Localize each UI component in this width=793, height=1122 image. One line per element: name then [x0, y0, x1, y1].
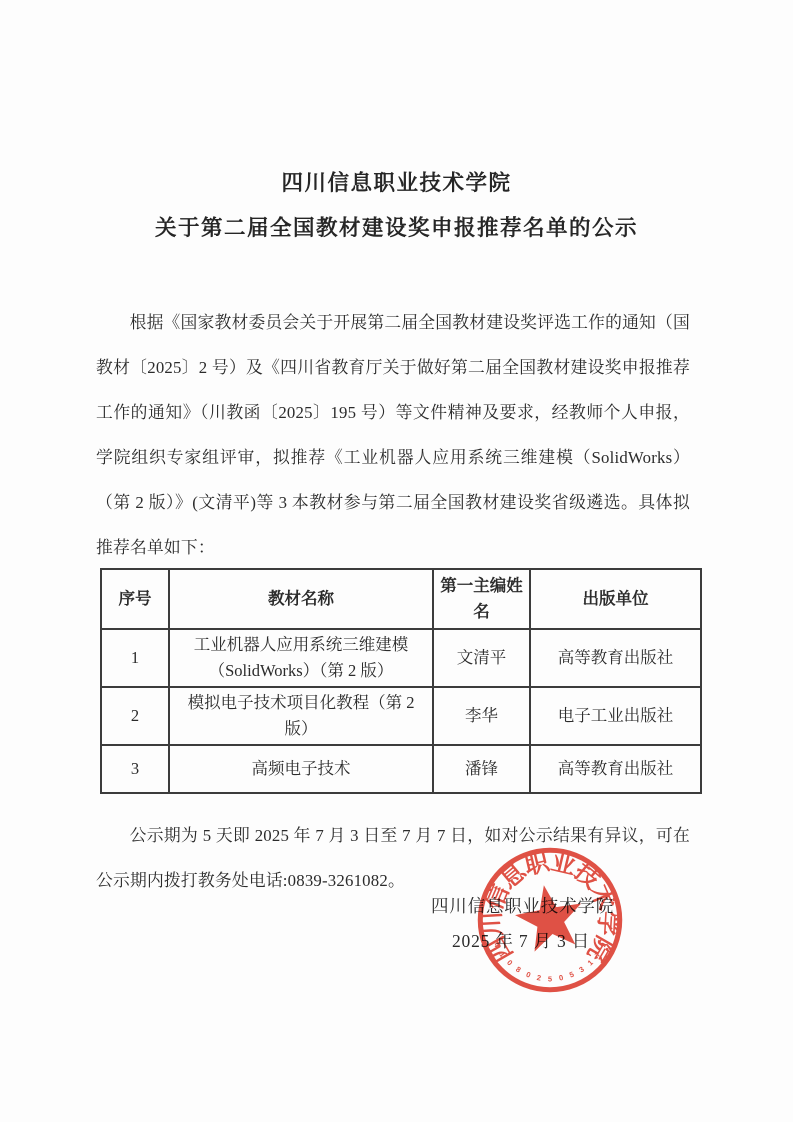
table-row: 1 工业机器人应用系统三维建模（SolidWorks）（第 2 版） 文清平 高…: [101, 629, 701, 687]
cell-editor: 文清平: [433, 629, 530, 687]
cell-serial: 1: [101, 629, 169, 687]
svg-text:0: 0: [505, 958, 514, 967]
body-paragraph: 根据《国家教材委员会关于开展第二届全国教材建设奖评选工作的通知（国教材〔2025…: [96, 300, 690, 570]
table-row: 3 高频电子技术 潘锋 高等教育出版社: [101, 745, 701, 793]
cell-serial: 2: [101, 687, 169, 745]
svg-text:0: 0: [525, 970, 532, 980]
closing-paragraph: 公示期为 5 天即 2025 年 7 月 3 日至 7 月 7 日，如对公示结果…: [96, 813, 690, 903]
svg-text:2: 2: [536, 973, 542, 983]
col-header-book-name: 教材名称: [169, 569, 433, 629]
table-header-row: 序号 教材名称 第一主编姓名 出版单位: [101, 569, 701, 629]
cell-publisher: 高等教育出版社: [530, 629, 701, 687]
svg-text:3: 3: [577, 965, 585, 975]
cell-book-name: 模拟电子技术项目化教程（第 2 版）: [169, 687, 433, 745]
document-title-subject: 关于第二届全国教材建设奖申报推荐名单的公示: [0, 211, 793, 242]
signature-org: 四川信息职业技术学院: [431, 893, 614, 918]
cell-serial: 3: [101, 745, 169, 793]
recommendation-table: 序号 教材名称 第一主编姓名 出版单位 1 工业机器人应用系统三维建模（Soli…: [100, 568, 702, 794]
cell-publisher: 高等教育出版社: [530, 745, 701, 793]
signature-date: 2025 年 7 月 3 日: [452, 928, 590, 953]
cell-book-name: 工业机器人应用系统三维建模（SolidWorks）（第 2 版）: [169, 629, 433, 687]
svg-text:1: 1: [586, 958, 595, 967]
col-header-serial: 序号: [101, 569, 169, 629]
cell-book-name: 高频电子技术: [169, 745, 433, 793]
svg-text:0: 0: [558, 973, 564, 983]
cell-publisher: 电子工业出版社: [530, 687, 701, 745]
document-title-org: 四川信息职业技术学院: [0, 166, 793, 197]
svg-text:7: 7: [593, 950, 603, 959]
col-header-publisher: 出版单位: [530, 569, 701, 629]
cell-editor: 李华: [433, 687, 530, 745]
svg-text:5: 5: [548, 974, 552, 983]
document-page: 四川信息职业技术学院 关于第二届全国教材建设奖申报推荐名单的公示 根据《国家教材…: [0, 0, 793, 1122]
svg-text:5: 5: [568, 970, 575, 980]
svg-text:9: 9: [598, 941, 608, 949]
col-header-editor: 第一主编姓名: [433, 569, 530, 629]
svg-text:8: 8: [514, 965, 522, 975]
table-row: 2 模拟电子技术项目化教程（第 2 版） 李华 电子工业出版社: [101, 687, 701, 745]
cell-editor: 潘锋: [433, 745, 530, 793]
